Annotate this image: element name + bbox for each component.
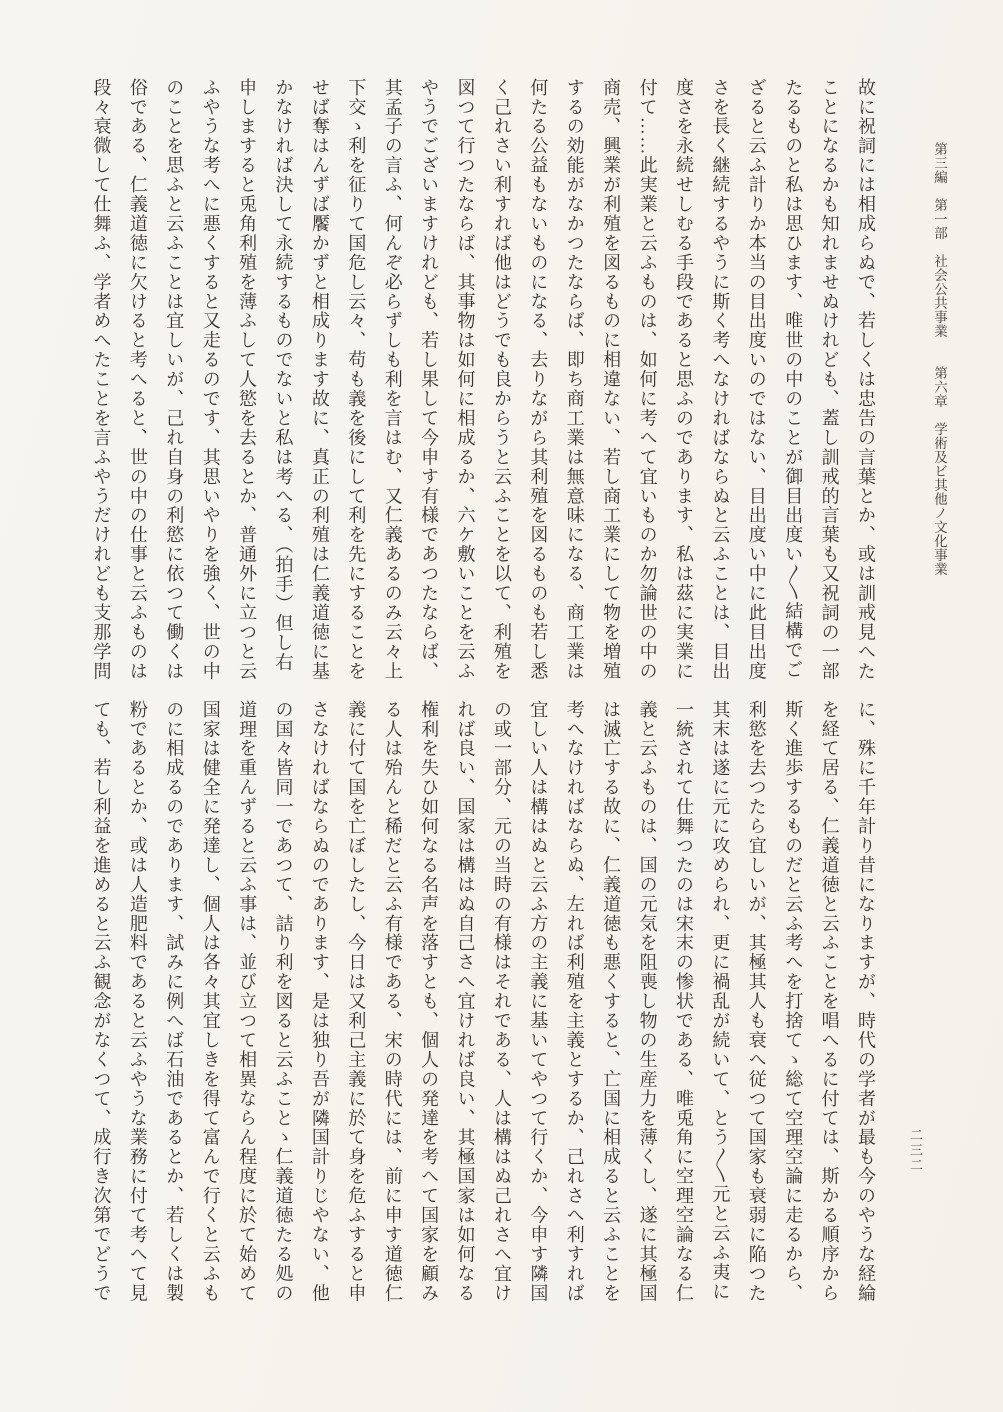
text-column: ざると云ふ計りか本当の目出度いのではない、目出度い中に此目出度 <box>738 78 774 684</box>
text-column: 何たる公益もないものになる、去りながら其利殖を図るものも若し悉 <box>520 78 556 684</box>
text-column: に、殊に千年計り昔になりますが、時代の学者が最も今のやうな経綸 <box>848 700 884 1306</box>
text-column: たるものと私は思ひます、唯世の中のことが御目出度い〱結構でご <box>775 78 811 684</box>
text-column: 宜しい人は構はぬと云ふ方の主義に基いてやつて行くか、今申す隣国 <box>520 700 556 1306</box>
text-column: 図つて行つたならば、其事物は如何に相成るか、六ケ敷いことを云ふ <box>447 78 483 684</box>
text-column: の国々皆同一であつて、詰り利を図ると云ふことゝ仁義道徳たる処の <box>265 700 301 1306</box>
text-column: 権利を失ひ如何なる名声を落すとも、個人の発達を考へて国家を顧み <box>411 700 447 1306</box>
text-column: る人は殆んと稀だと云ふ有様である、宋の時代には、前に申す道徳仁 <box>374 700 410 1306</box>
text-column: 申しますると兎角利殖を薄ふして人慾を去るとか、普通外に立つと云 <box>229 78 265 684</box>
text-column: 一統されて仕舞つたのは宋末の惨状である、唯兎角に空理空論なる仁 <box>666 700 702 1306</box>
text-column: 其孟子の言ふ、何んぞ必らずしも利を言はむ、又仁義あるのみ云々上 <box>374 78 410 684</box>
text-column: は滅亡する故に、仁義道徳も悪くすると、亡国に相成ると云ふことを <box>593 700 629 1306</box>
running-head: 第三編 第一部 社会公共事業 第六章 学術及ビ其他ノ文化事業 <box>929 142 949 572</box>
text-column: ても、若し利益を進めると云ふ観念がなくつて、成行き次第でどうで <box>83 700 119 1306</box>
text-column: 国家は健全に発達し、個人は各々其宜しきを得て富んで行くと云ふも <box>192 700 228 1306</box>
text-column: れば良い、国家は構はぬ自己さへ宜ければ良い、其極国家は如何なる <box>447 700 483 1306</box>
text-column: 道理を重んずると云ふ事は、並び立つて相異ならん程度に於て始めて <box>229 700 265 1306</box>
text-column: 下交ゝ利を征りて国危し云々、苟も義を後にして利を先にすることを <box>338 78 374 684</box>
text-column: 其末は遂に元に攻められ、更に禍乱が続いて、とう〱元と云ふ夷に <box>702 700 738 1306</box>
page-number: 二三二 <box>906 1128 925 1173</box>
text-column: 義に付て国を亡ぼしたし、今日は又利己主義に於て身を危ふすると申 <box>338 700 374 1306</box>
text-column: 俗である、仁義道徳に欠けると考へると、世の中の仕事と云ふものは <box>119 78 155 684</box>
text-block-upper: 故に祝詞には相成らぬで、若しくは忠告の言葉とか、或は訓戒見へたことになるかも知れ… <box>82 78 884 684</box>
text-column: さを長く継続するやうに斯く考へなければならぬと云ふことは、目出 <box>702 78 738 684</box>
text-column: を経て居る、仁義道徳と云ふことを唱へるに付ては、斯かる順序から <box>811 700 847 1306</box>
text-column: のに相成るのであります、試みに例へば石油であるとか、若しくは製 <box>156 700 192 1306</box>
text-column: するの効能がなかつたならば、即ち商工業は無意味になる、商工業は <box>556 78 592 684</box>
text-column: ことになるかも知れませぬけれども、蓋し訓戒的言葉も又祝詞の一部 <box>811 78 847 684</box>
text-column: く己れさい利すれば他はどうでも良からうと云ふことを以て、利殖を <box>484 78 520 684</box>
text-column: せば奪はんずば饜かずと相成ります故に、真正の利殖は仁義道徳に基 <box>302 78 338 684</box>
text-column: の或一部分、元の当時の有様はそれである、人は構はぬ己れさへ宜け <box>484 700 520 1306</box>
text-column: 商売、興業が利殖を図るものに相違ない、若し商工業にして物を増殖 <box>593 78 629 684</box>
book-page: 第三編 第一部 社会公共事業 第六章 学術及ビ其他ノ文化事業 二三二 故に祝詞に… <box>0 0 1003 1412</box>
text-column: 義と云ふものは、国の元気を阻喪し物の生産力を薄くし、遂に其極国 <box>629 700 665 1306</box>
text-column: 利慾を去つたら宜しいが、其極其人も衰へ従つて国家も衰弱に陥つた <box>738 700 774 1306</box>
text-column: 考へなければならぬ、左れば利殖を主義とするか、己れさへ利すれば <box>556 700 592 1306</box>
text-column: 斯く進歩するものだと云ふ考へを打捨てゝ総て空理空論に走るから、 <box>775 700 811 1306</box>
text-column: 付て……此実業と云ふものは、如何に考へて宜いものか勿論世の中の <box>629 78 665 684</box>
text-column: 段々衰微して仕舞ふ、学者めへたことを言ふやうだけれども支那学問 <box>83 78 119 684</box>
text-column: 粉であるとか、或は人造肥料であると云ふやうな業務に付て考へて見 <box>119 700 155 1306</box>
text-column: さなければならぬのであります、是は独り吾が隣国計りじやない、他 <box>302 700 338 1306</box>
text-column: かなければ決して永続するものでないと私は考へる、（拍手）但し右 <box>265 78 301 684</box>
text-column: 度さを永続せしむる手段であると思ふのであります、私は茲に実業に <box>666 78 702 684</box>
text-column: ふやうな考へに悪くすると又走るのです、其思いやりを強く、世の中 <box>192 78 228 684</box>
text-column: のことを思ふと云ふことは宜しいが、己れ自身の利慾に依つて働くは <box>156 78 192 684</box>
text-column: 故に祝詞には相成らぬで、若しくは忠告の言葉とか、或は訓戒見へた <box>848 78 884 684</box>
text-block-lower: に、殊に千年計り昔になりますが、時代の学者が最も今のやうな経綸を経て居る、仁義道… <box>82 700 884 1306</box>
text-column: やうでございますけれども、若し果して今申す有様であつたならば、 <box>411 78 447 684</box>
